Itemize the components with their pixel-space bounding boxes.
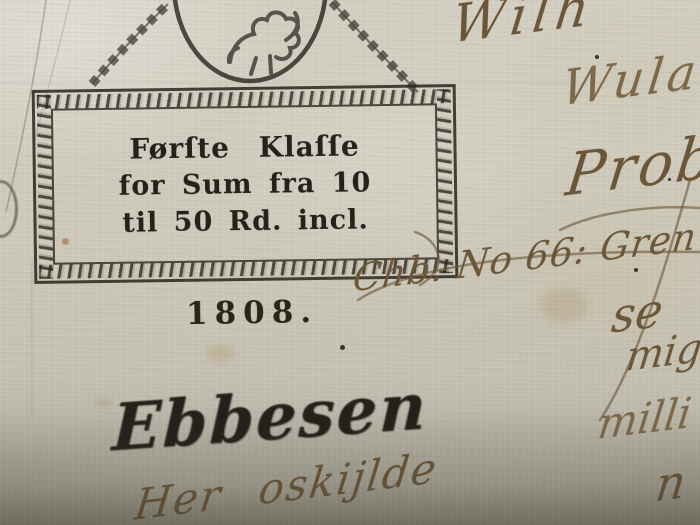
stamp-text-line1: Førſte Klaſſe: [129, 127, 360, 167]
stamp-text-line3: til 50 Rd. incl.: [122, 201, 369, 241]
stamp-inner-frame: Førſte Klaſſe for Sum fra 10 til 50 Rd. …: [51, 103, 439, 264]
handwriting-fragment: mig: [623, 325, 700, 381]
laurel-branch-right-icon: [332, 2, 418, 92]
lion-figure: [229, 12, 299, 74]
document-photo: Førſte Klaſſe for Sum fra 10 til 50 Rd. …: [0, 0, 700, 525]
year-text: 1808.: [186, 294, 319, 332]
laurel-branch-left-icon: [92, 4, 168, 84]
stamp-text-line2: for Sum fra 10: [118, 164, 371, 205]
